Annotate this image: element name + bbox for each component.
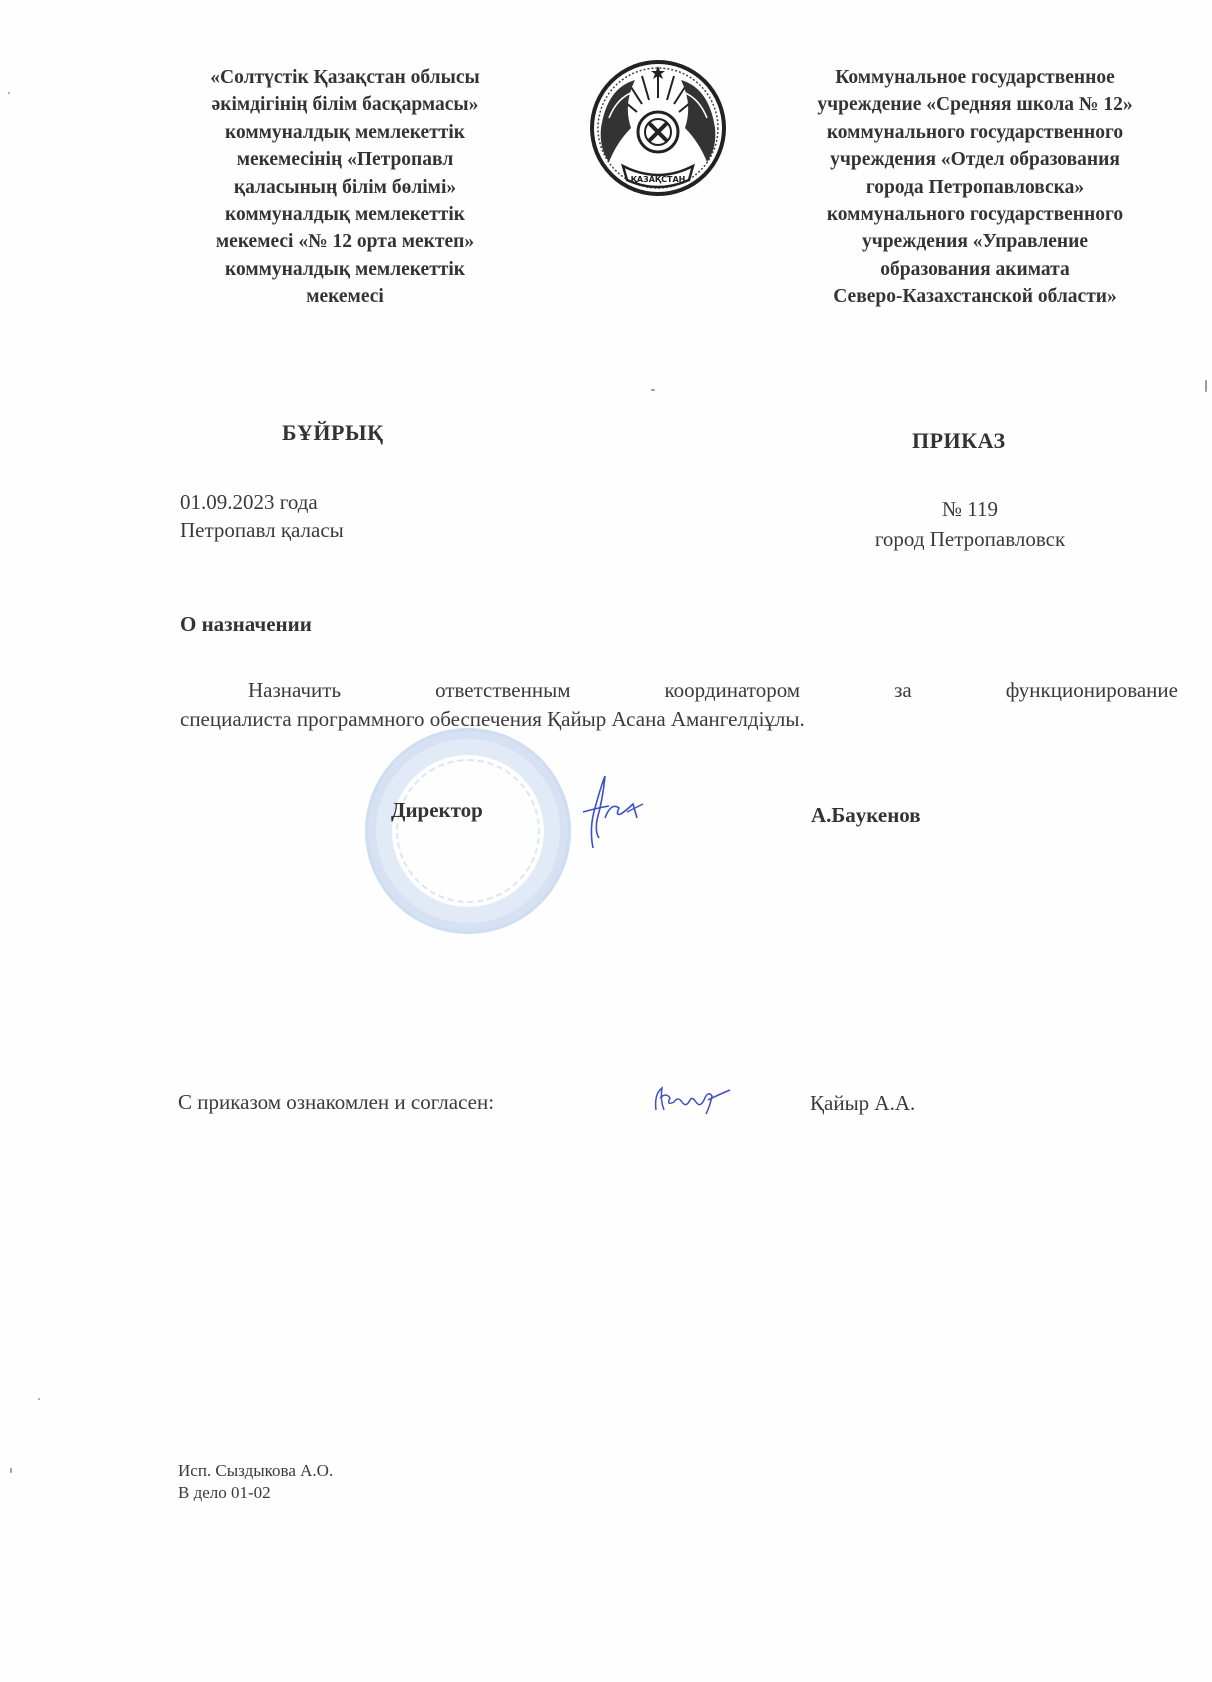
header-left-line: коммуналдық мемлекеттік xyxy=(160,256,530,283)
order-title-russian: ПРИКАЗ xyxy=(912,428,1006,454)
header-left-line: коммуналдық мемлекеттік xyxy=(160,201,530,228)
file-reference: В дело 01-02 xyxy=(178,1482,333,1504)
header-right-line: образования акимата xyxy=(780,256,1170,283)
header-kazakh-institution: «Солтүстік Қазақстан облысы әкімдігінің … xyxy=(160,64,530,311)
city-kazakh: Петропавл қаласы xyxy=(180,516,344,544)
order-word: координатором xyxy=(665,676,801,705)
signatory-role: Директор xyxy=(391,798,483,823)
document-page: «Солтүстік Қазақстан облысы әкімдігінің … xyxy=(0,0,1212,1682)
order-body-line-2: специалиста программного обеспечения Қай… xyxy=(180,705,1178,734)
stamp-inner-ring xyxy=(396,759,540,903)
order-number-block: № 119 город Петропавловск xyxy=(820,494,1120,554)
svg-text:ҚАЗАҚСТАН: ҚАЗАҚСТАН xyxy=(631,175,686,184)
order-word: Назначить xyxy=(248,676,341,705)
header-right-line: коммунального государственного xyxy=(780,119,1170,146)
order-date-block: 01.09.2023 года Петропавл қаласы xyxy=(180,488,344,544)
order-word: за xyxy=(894,676,912,705)
scan-speck xyxy=(8,92,10,94)
header-left-line: әкімдігінің білім басқармасы» xyxy=(160,91,530,118)
acknowledging-employee-name: Қайыр А.А. xyxy=(810,1091,915,1116)
header-right-line: учреждение «Средняя школа № 12» xyxy=(780,91,1170,118)
header-right-line: Северо-Казахстанской области» xyxy=(780,283,1170,310)
order-body-line-1: Назначить ответственным координатором за… xyxy=(180,676,1178,705)
order-word: ответственным xyxy=(435,676,570,705)
header-russian-institution: Коммунальное государственное учреждение … xyxy=(780,64,1170,311)
kazakhstan-state-emblem-icon: ҚАЗАҚСТАН xyxy=(587,58,729,198)
employee-signature-icon xyxy=(650,1080,740,1120)
order-subject: О назначении xyxy=(180,612,312,637)
order-date: 01.09.2023 года xyxy=(180,488,344,516)
header-left-line: коммуналдық мемлекеттік xyxy=(160,119,530,146)
header-right-line: учреждения «Отдел образования xyxy=(780,146,1170,173)
signatory-name: А.Бaукенов xyxy=(811,803,921,828)
scan-speck xyxy=(1205,380,1207,392)
scan-speck xyxy=(651,389,655,391)
city-russian: город Петропавловск xyxy=(820,524,1120,554)
acknowledgement-label: С приказом ознакомлен и согласен: xyxy=(178,1090,494,1115)
scan-speck xyxy=(10,1468,12,1473)
scan-speck xyxy=(38,1398,40,1400)
order-title-kazakh: БҰЙРЫҚ xyxy=(282,420,384,446)
official-stamp-icon xyxy=(365,728,571,934)
order-number: № 119 xyxy=(820,494,1120,524)
director-signature-icon xyxy=(575,768,655,858)
executor-note: Исп. Сыздыкова А.О. xyxy=(178,1460,333,1482)
header-left-line: «Солтүстік Қазақстан облысы xyxy=(160,64,530,91)
order-word: функционирование xyxy=(1006,676,1178,705)
header-right-line: Коммунальное государственное xyxy=(780,64,1170,91)
header-left-line: мекемесі xyxy=(160,283,530,310)
header-right-line: коммунального государственного xyxy=(780,201,1170,228)
document-footer: Исп. Сыздыкова А.О. В дело 01-02 xyxy=(178,1460,333,1504)
header-left-line: қаласының білім бөлімі» xyxy=(160,174,530,201)
header-right-line: города Петропавловска» xyxy=(780,174,1170,201)
order-body: Назначить ответственным координатором за… xyxy=(180,676,1178,734)
header-left-line: мекемесі «№ 12 орта мектеп» xyxy=(160,228,530,255)
header-left-line: мекемесінің «Петропавл xyxy=(160,146,530,173)
header-right-line: учреждения «Управление xyxy=(780,228,1170,255)
